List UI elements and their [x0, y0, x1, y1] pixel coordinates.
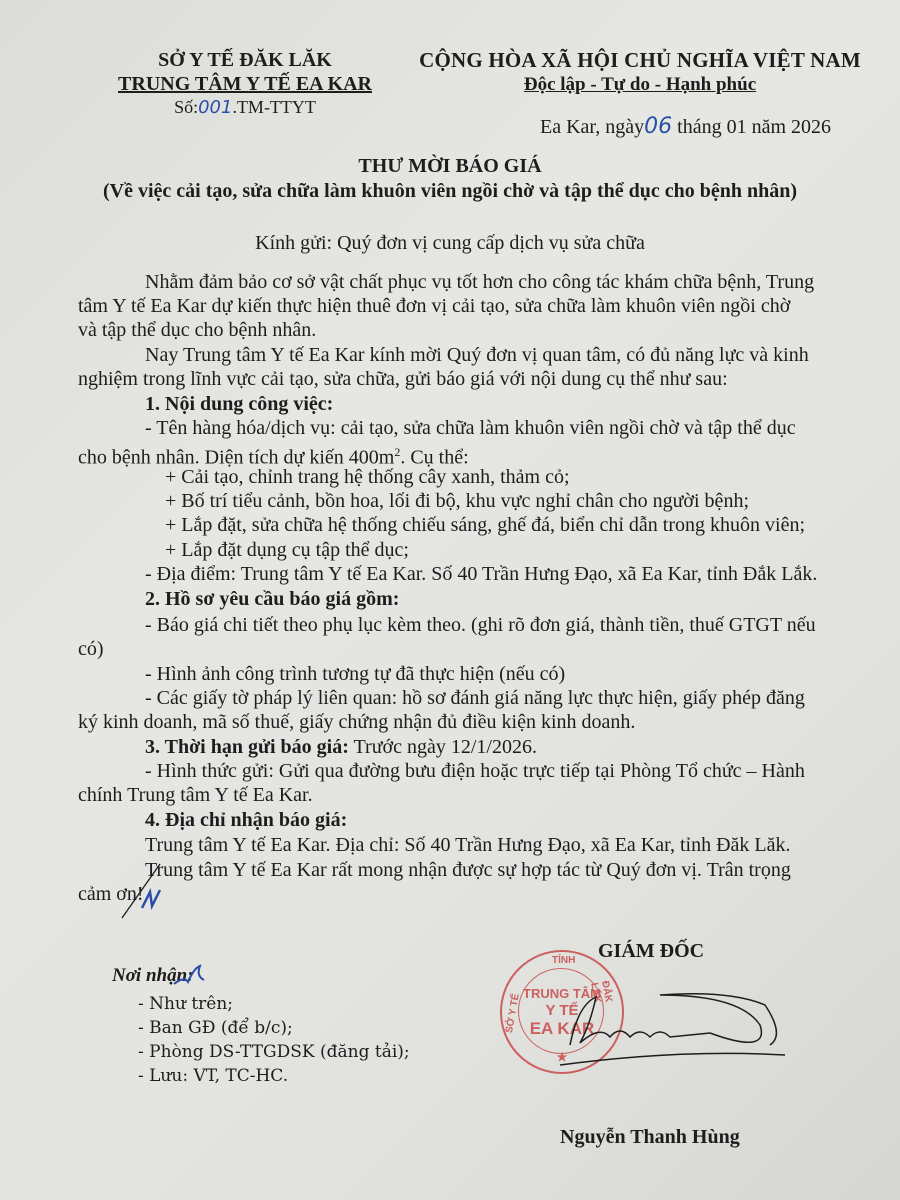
- section-2-item-3-line-1: - Các giấy tờ pháp lý liên quan: hồ sơ đ…: [145, 686, 805, 710]
- number-prefix: Số:: [174, 97, 198, 117]
- date-prefix: Ea Kar, ngày: [540, 116, 644, 138]
- recipient-item: - Phòng DS-TTGDSK (đăng tải);: [138, 1040, 410, 1064]
- section-4-heading: 4. Địa chỉ nhận báo giá:: [145, 808, 347, 832]
- paragraph-1-line-1: Nhằm đảm bảo cơ sở vật chất phục vụ tốt …: [145, 270, 814, 294]
- section-1-subitem: + Bố trí tiểu cảnh, bồn hoa, lối đi bộ, …: [165, 489, 749, 513]
- section-3-value: Trước ngày 12/1/2026.: [349, 736, 537, 758]
- document-subtitle: (Về việc cải tạo, sửa chữa làm khuôn viê…: [0, 180, 900, 203]
- handwritten-day: 06: [644, 114, 672, 139]
- date-suffix: tháng 01 năm 2026: [677, 116, 831, 138]
- section-1-heading: 1. Nội dung công việc:: [145, 392, 333, 416]
- stamp-ring-top: TỈNH: [552, 955, 575, 966]
- organization-name: TRUNG TÂM Y TẾ EA KAR: [100, 72, 390, 96]
- section-3-item-line-1: - Hình thức gửi: Gửi qua đường bưu điện …: [145, 759, 805, 783]
- country-name: CỘNG HÒA XÃ HỘI CHỦ NGHĨA VIỆT NAM: [390, 48, 890, 73]
- section-1-item-line-1: - Tên hàng hóa/dịch vụ: cải tạo, sửa chữ…: [145, 416, 796, 440]
- section-3-line: 3. Thời hạn gửi báo giá: Trước ngày 12/1…: [145, 735, 537, 759]
- date-line: Ea Kar, ngày06 tháng 01 năm 2026: [540, 114, 831, 139]
- national-motto: Độc lập - Tự do - Hạnh phúc: [390, 73, 890, 97]
- section-1-location: - Địa điểm: Trung tâm Y tế Ea Kar. Số 40…: [145, 562, 817, 586]
- agency-name: SỞ Y TẾ ĐĂK LĂK: [100, 48, 390, 72]
- initial-mark-icon: [170, 962, 210, 990]
- document-title: THƯ MỜI BÁO GIÁ: [0, 155, 900, 178]
- recipient-item: - Lưu: VT, TC-HC.: [138, 1064, 410, 1088]
- paragraph-1-line-2: tâm Y tế Ea Kar dự kiến thực hiện thuê đ…: [78, 294, 790, 318]
- signer-title: GIÁM ĐỐC: [598, 940, 704, 963]
- section-1-subitem: + Cải tạo, chỉnh trang hệ thống cây xanh…: [165, 465, 570, 489]
- document-number: Số:001.TM-TTYT: [100, 96, 390, 119]
- closing-line-1: Trung tâm Y tế Ea Kar rất mong nhận được…: [145, 858, 791, 882]
- initial-mark-icon: [120, 860, 170, 920]
- handwritten-number: 001: [198, 97, 232, 118]
- section-2-item-3-line-2: ký kinh doanh, mã số thuế, giấy chứng nh…: [78, 710, 635, 734]
- section-3-heading: 3. Thời hạn gửi báo giá:: [145, 736, 349, 758]
- section-2-heading: 2. Hồ sơ yêu cầu báo giá gồm:: [145, 587, 399, 611]
- paragraph-1-line-3: và tập thể dục cho bệnh nhân.: [78, 318, 316, 342]
- paragraph-2-line-1: Nay Trung tâm Y tế Ea Kar kính mời Quý đ…: [145, 343, 809, 367]
- section-2-item-2: - Hình ảnh công trình tương tự đã thực h…: [145, 662, 565, 686]
- issuer-header: SỞ Y TẾ ĐĂK LĂK TRUNG TÂM Y TẾ EA KAR Số…: [100, 48, 390, 119]
- recipient-item: - Như trên;: [138, 992, 410, 1016]
- number-suffix: .TM-TTYT: [232, 97, 315, 117]
- section-2-item-1-line-2: có): [78, 637, 104, 661]
- signature-icon: [560, 985, 790, 1075]
- section-1-subitem: + Lắp đặt dụng cụ tập thể dục;: [165, 538, 409, 562]
- section-2-item-1-line-1: - Báo giá chi tiết theo phụ lục kèm theo…: [145, 613, 816, 637]
- section-3-item-line-2: chính Trung tâm Y tế Ea Kar.: [78, 783, 313, 807]
- section-1-subitem: + Lắp đặt, sửa chữa hệ thống chiếu sáng,…: [165, 513, 805, 537]
- paragraph-2-line-2: nghiệm trong lĩnh vực cải tạo, sửa chữa,…: [78, 367, 728, 391]
- recipients-list: - Như trên; - Ban GĐ (để b/c); - Phòng D…: [138, 992, 410, 1088]
- section-4-value: Trung tâm Y tế Ea Kar. Địa chỉ: Số 40 Tr…: [145, 833, 791, 857]
- national-header: CỘNG HÒA XÃ HỘI CHỦ NGHĨA VIỆT NAM Độc l…: [390, 48, 890, 97]
- signer-name: Nguyễn Thanh Hùng: [560, 1126, 740, 1149]
- recipient-item: - Ban GĐ (để b/c);: [138, 1016, 410, 1040]
- greeting: Kính gửi: Quý đơn vị cung cấp dịch vụ sử…: [0, 232, 900, 255]
